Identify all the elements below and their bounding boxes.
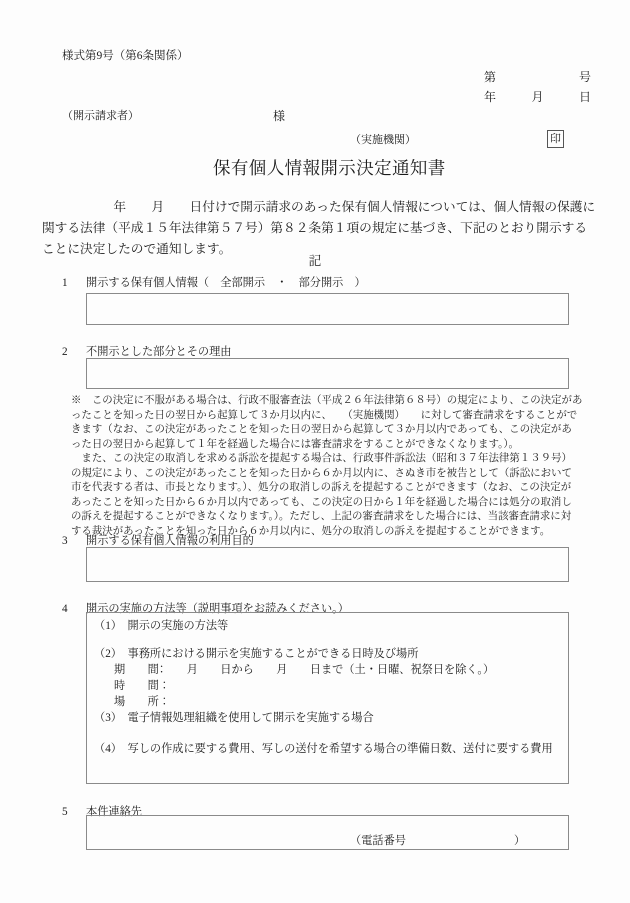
appeal-note-line: ったことを知った日の翌日から起算して３か月以内に、 （実施機関） に対して審査請… xyxy=(71,409,582,424)
section-number: 2 xyxy=(62,346,86,358)
section-3-heading: 3開示する保有個人情報の利用目的 xyxy=(62,532,254,548)
date-year: 年 xyxy=(484,90,496,104)
notification-form-page: 様式第9号（第6条関係） 第 号 年 月 日 （開示請求者） 様 （実施機関） … xyxy=(0,0,630,903)
date-line: 年 月 日 xyxy=(484,90,591,104)
purpose-of-use-box xyxy=(86,547,569,582)
implementation-item-1: （1） 開示の実施の方法等 xyxy=(87,618,568,634)
phone-number-line: （電話番号） xyxy=(350,832,525,848)
implementation-time: 時 間： xyxy=(87,678,568,694)
form-number: 様式第9号（第6条関係） xyxy=(62,49,189,63)
appeal-note-line: の規定により、この決定があったことを知った日から６か月以内に、さぬき市を被告とし… xyxy=(71,467,582,482)
implementation-place: 場 所： xyxy=(87,694,568,710)
nondisclosure-reason-box xyxy=(86,358,569,389)
phone-close-paren: ） xyxy=(514,835,525,847)
section-label: 不開示とした部分とその理由 xyxy=(86,346,231,358)
appeal-note-line: あったことを知った日から６か月以内であっても、この決定の日から１年を経過した場合… xyxy=(71,496,582,511)
document-number-prefix: 第 xyxy=(484,70,496,84)
implementation-method-box: （1） 開示の実施の方法等 （2） 事務所における開示を実施することができる日時… xyxy=(86,612,569,784)
implementation-period: 期 間： 月 日から 月 日まで（土・日曜、祝祭日を除く。） xyxy=(87,662,568,678)
appeal-note-line: の訴えを提起することができなくなります。）。ただし、上記の審査請求をした場合には… xyxy=(71,510,582,525)
section-number: 1 xyxy=(62,277,86,289)
agency-label: （実施機関） xyxy=(350,134,416,148)
appeal-note-line: 市を代表する者は、市長となります。）、処分の取消しの訴えを提起することができます… xyxy=(71,481,582,496)
contact-box: （電話番号） xyxy=(86,815,569,850)
intro-line: 年 月 日付けで開示請求のあった保有個人情報については、個人情報の保護に xyxy=(42,197,595,218)
appeal-note-line: きます（なお、この決定があったことを知った日の翌日から起算して３か月以内であって… xyxy=(71,423,582,438)
section-number: 4 xyxy=(62,603,86,615)
appeal-note-line: った日の翌日から起算して１年を経過した場合には審査請求をすることができなくなりま… xyxy=(71,438,582,453)
appeal-note-line: また、この決定の取消しを求める訴訟を提起する場合は、行政事件訴訟法（昭和３７年法… xyxy=(71,452,582,467)
date-month: 月 xyxy=(531,90,543,104)
section-label: 開示する保有個人情報（ 全部開示 ・ 部分開示 ） xyxy=(86,277,366,289)
phone-number-label: （電話番号 xyxy=(350,835,406,847)
requester-label: （開示請求者） xyxy=(62,110,139,124)
section-number: 3 xyxy=(62,535,86,547)
list-marker: 記 xyxy=(0,250,630,269)
section-2-heading: 2不開示とした部分とその理由 xyxy=(62,343,231,359)
page-title: 保有個人情報開示決定通知書 xyxy=(213,155,446,180)
appeal-note-line: ※ この決定に不服がある場合は、行政不服審査法（平成２６年法律第６８号）の規定に… xyxy=(71,394,582,409)
implementation-item-4: （4） 写しの作成に要する費用、写しの送付を希望する場合の準備日数、送付に要する… xyxy=(87,741,568,757)
appeal-note: ※ この決定に不服がある場合は、行政不服審査法（平成２６年法律第６８号）の規定に… xyxy=(71,394,582,539)
section-number: 5 xyxy=(62,806,86,818)
requester-honorific: 様 xyxy=(273,109,285,124)
document-number-suffix: 号 xyxy=(579,70,591,84)
disclosure-content-box xyxy=(86,293,569,325)
implementation-item-2: （2） 事務所における開示を実施することができる日時及び場所 xyxy=(87,646,568,662)
section-1-heading: 1開示する保有個人情報（ 全部開示 ・ 部分開示 ） xyxy=(62,274,366,290)
section-label: 開示する保有個人情報の利用目的 xyxy=(86,535,254,547)
date-day: 日 xyxy=(579,90,591,104)
document-number-line: 第 号 xyxy=(484,70,591,84)
implementation-item-3: （3） 電子情報処理組織を使用して開示を実施する場合 xyxy=(87,710,568,726)
intro-line: 関する法律（平成１５年法律第５７号）第８２条第１項の規定に基づき、下記のとおり開… xyxy=(42,218,595,239)
seal-mark: 印 xyxy=(547,130,564,148)
